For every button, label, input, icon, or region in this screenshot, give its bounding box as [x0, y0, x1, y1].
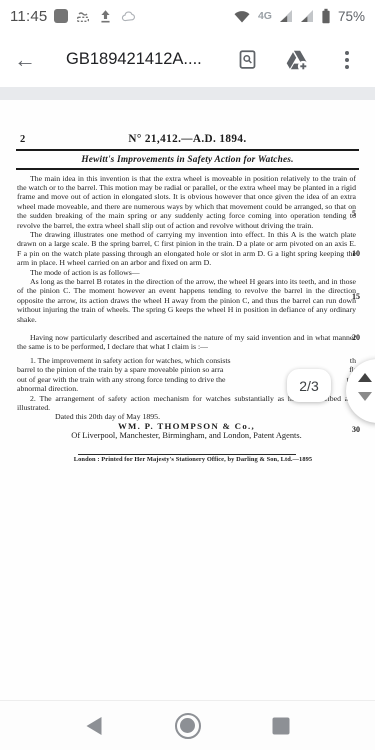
nav-home-icon[interactable] [175, 713, 201, 739]
battery-percent-label: 75% [338, 9, 365, 24]
signal-icon-2 [300, 9, 314, 23]
patent-subtitle: Hewitt's Improvements in Safety Action f… [0, 155, 375, 165]
status-bar-right: 4G 75% [233, 8, 365, 24]
nav-back-icon[interactable] [86, 717, 101, 735]
document-title: GB189421412A.... [66, 50, 235, 69]
phone-screen: 11:45 [0, 0, 375, 750]
battery-icon [321, 8, 331, 24]
app-bar: ← GB189421412A.... [0, 32, 375, 87]
scroll-up-icon[interactable] [358, 373, 372, 382]
claim-text-fragment: th [350, 356, 356, 365]
paragraph: The mode of action is as follows— [17, 268, 356, 277]
clock: 11:45 [10, 8, 47, 25]
claim-text: barrel to the pinion of the train by a s… [17, 365, 223, 374]
patent-body: The main idea in this invention is that … [17, 174, 356, 464]
claim-text: abnormal direction. [17, 384, 78, 393]
patent-number-heading: N° 21,412.—A.D. 1894. [0, 100, 375, 145]
app-notification-icon [54, 9, 68, 23]
hotspot-icon [75, 8, 91, 24]
wifi-icon [233, 9, 251, 24]
signal-icon [279, 9, 293, 23]
upload-icon [98, 9, 113, 24]
claim-1-line: 1. The improvement in safety action for … [17, 356, 356, 365]
paragraph: As long as the barrel B rotates in the d… [17, 277, 356, 324]
margin-line-number: 10 [352, 249, 360, 258]
nav-recents-icon[interactable] [273, 717, 290, 734]
paragraph: Having now particularly described and as… [17, 333, 356, 352]
margin-line-number: 30 [352, 425, 360, 434]
find-in-page-icon[interactable] [235, 48, 259, 72]
app-bar-actions [235, 48, 359, 72]
page-number: 2 [20, 134, 25, 145]
android-nav-bar [0, 700, 375, 750]
add-to-drive-icon[interactable] [285, 48, 309, 72]
printer-imprint: London : Printed for Her Majesty's Stati… [17, 455, 356, 464]
margin-line-number: 15 [352, 292, 360, 301]
margin-line-number: 5 [352, 209, 356, 218]
back-arrow-icon[interactable]: ← [14, 47, 44, 73]
claim-text: out of gear with the train with any stro… [17, 375, 226, 384]
network-type-label: 4G [258, 10, 272, 22]
scroll-down-icon[interactable] [358, 392, 372, 401]
subtitle-rule [16, 168, 359, 169]
heading-rule [16, 149, 359, 151]
page-indicator-chip: 2/3 [287, 369, 331, 402]
overflow-menu-icon[interactable] [335, 48, 359, 72]
cloud-icon [120, 9, 137, 24]
status-bar-left: 11:45 [10, 8, 137, 25]
claim-text: 1. The improvement in safety action for … [17, 356, 231, 365]
page-indicator-label: 2/3 [299, 378, 318, 394]
margin-line-number: 20 [352, 333, 360, 342]
paragraph: The main idea in this invention is that … [17, 174, 356, 230]
signature-subline: Of Liverpool, Manchester, Birmingham, an… [17, 431, 356, 440]
paragraph: The drawing illustrates one method of ca… [17, 230, 356, 268]
status-bar: 11:45 [0, 0, 375, 32]
signature-line: WM. P. THOMPSON & Co., [17, 422, 356, 431]
